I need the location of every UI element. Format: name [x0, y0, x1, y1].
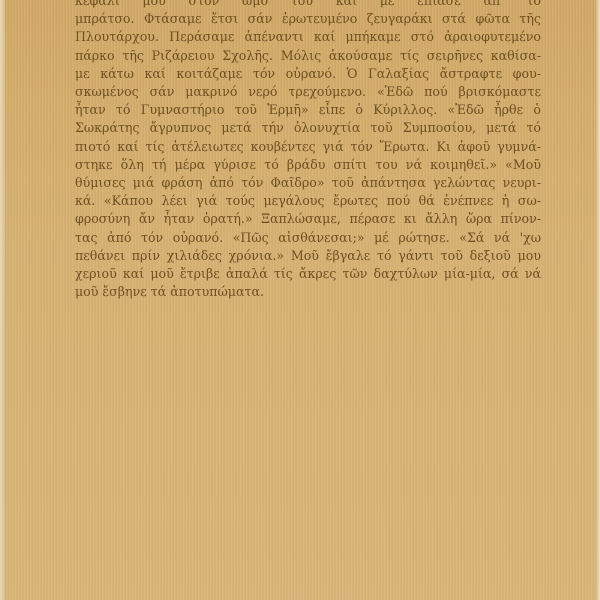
text-line: φροσύνη ἄν ἦταν ὁρατή.» Ξαπλώσαμε, πέρασ… — [75, 210, 541, 228]
text-line: ἦταν τό Γυμναστήριο τοῦ Ἑρμῆ» εἶπε ὁ Κύρ… — [75, 101, 541, 119]
text-line-last: μοῦ ἔσβηνε τά ἀποτυπώματα. — [75, 283, 541, 301]
text-line: θύμισες μιά φράση ἀπό τόν Φαῖδρο» τοῦ ἀπ… — [75, 174, 541, 192]
text-line: Σωκράτης ἄγρυπνος μετά τήν ὀλονυχτία τοῦ… — [75, 119, 541, 137]
page-edge-left — [0, 0, 5, 600]
text-line: με κάτω καί κοιτάζαμε τόν οὐρανό. Ὁ Γαλα… — [75, 65, 541, 83]
book-page: κεφάλι μου στόν ὦμο του καί μέ ἔπιασε ἀπ… — [0, 0, 600, 600]
body-text: κεφάλι μου στόν ὦμο του καί μέ ἔπιασε ἀπ… — [75, 0, 541, 301]
text-line: πιοτό καί τίς ἀτέλειωτες κουβέντες γιά τ… — [75, 138, 541, 156]
text-line: τας ἀπό τόν οὐρανό. «Πῶς αἰσθάνεσαι;» μέ… — [75, 229, 541, 247]
text-line: μπράτσο. Φτάσαμε ἔτσι σάν ἐρωτευμένο ζευ… — [75, 10, 541, 28]
text-line: πάρκο τῆς Ριζάρειου Σχολῆς. Μόλις ἀκούσα… — [75, 47, 541, 65]
text-line: στηκε ὅλη τή μέρα γύρισε τό βράδυ σπίτι … — [75, 156, 541, 174]
text-line: πεθάνει πρίν χιλιάδες χρόνια.» Μοῦ ἔβγαλ… — [75, 247, 541, 265]
page-edge-right — [596, 0, 600, 600]
text-line: χεριοῦ καί μοῦ ἔτριβε ἀπαλά τίς ἄκρες τῶ… — [75, 265, 541, 283]
text-line: κεφάλι μου στόν ὦμο του καί μέ ἔπιασε ἀπ… — [75, 0, 541, 10]
text-line: σκωμένος σάν μακρινό νερό τρεχούμενο. «Ἐ… — [75, 83, 541, 101]
text-line: κά. «Κάπου λέει γιά τούς μεγάλους ἔρωτες… — [75, 192, 541, 210]
text-line: Πλουτάρχου. Περάσαμε ἀπέναντι καί μπήκαμ… — [75, 28, 541, 46]
